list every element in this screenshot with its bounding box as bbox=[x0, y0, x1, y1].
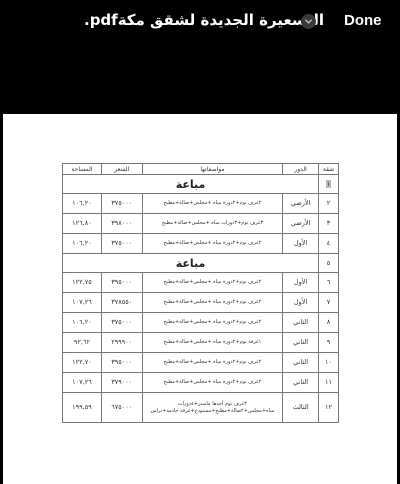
floor-cell: الثاني bbox=[283, 313, 319, 333]
pricing-table: شقة الدور مواصفاتها السعر المساحة ١ مباع… bbox=[62, 163, 339, 423]
table-row: ٩ الثاني ١غرفة نوم+٢دورة مياه +مجلس+صالة… bbox=[63, 333, 339, 353]
price-cell: ٣٩٥٠٠٠ bbox=[101, 353, 142, 373]
pdf-page[interactable]: شقة الدور مواصفاتها السعر المساحة ١ مباع… bbox=[3, 114, 397, 484]
spec-cell: ٢غرف نوم+٢دورة مياه +مجلس+صالة+مطبخ bbox=[142, 194, 283, 214]
area-cell: ١٢٢,٧٥ bbox=[63, 273, 102, 293]
col-floor: الدور bbox=[283, 164, 319, 175]
spec-cell: ٢غرف نوم+٢دورة مياه +مجلس+صالة+مطبخ bbox=[142, 293, 283, 313]
unit-cell: ٦ bbox=[319, 273, 339, 293]
area-cell: ١٠٧,٢٦ bbox=[63, 293, 102, 313]
spec-cell: ٢غرف نوم+٢دورة مياه +مجلس+صالة+مطبخ bbox=[142, 373, 283, 393]
floor-cell: الثاني bbox=[283, 373, 319, 393]
price-cell: ٢٩٩٩٠٠ bbox=[101, 333, 142, 353]
price-cell: ٣٧٥٠٠٠ bbox=[101, 194, 142, 214]
col-unit: شقة bbox=[319, 164, 339, 175]
floor-cell: الثالث bbox=[283, 393, 319, 423]
table-header-row: شقة الدور مواصفاتها السعر المساحة bbox=[63, 164, 339, 175]
done-button[interactable]: Done bbox=[344, 12, 382, 29]
unit-cell: ٢ bbox=[319, 194, 339, 214]
unit-cell: ٣ bbox=[319, 214, 339, 234]
spec-cell: ٢غرف نوم+٢دورة مياه +مجلس+صالة+مطبخ bbox=[142, 234, 283, 254]
unit-cell: ٥ bbox=[319, 254, 339, 273]
col-area: المساحة bbox=[63, 164, 102, 175]
area-cell: ٩٢,٦٢ bbox=[63, 333, 102, 353]
viewer-toolbar: .pdfالتسعيرة الجديدة لشقق مكة Done bbox=[0, 0, 400, 114]
table-row: ١٢ الثالث ٣غرف نوم أحدها ماستر+٤دورات مي… bbox=[63, 393, 339, 423]
price-cell: ٣٧٥٠٠٠ bbox=[101, 313, 142, 333]
unit-cell: ١٠ bbox=[319, 353, 339, 373]
spec-cell: ٢غرف نوم+٢دورة مياه +مجلس+صالة+مطبخ bbox=[142, 353, 283, 373]
unit-cell: ٧ bbox=[319, 293, 339, 313]
table-row: ٥ مباعة bbox=[63, 254, 339, 273]
area-cell: ١٢٢,٧٠ bbox=[63, 353, 102, 373]
floor-cell: الأول bbox=[283, 273, 319, 293]
unit-cell: ١٢ bbox=[319, 393, 339, 423]
table-row: ١١ الثاني ٢غرف نوم+٢دورة مياه +مجلس+صالة… bbox=[63, 373, 339, 393]
floor-cell: الأول bbox=[283, 293, 319, 313]
price-cell: ٣٧٩٠٠٠ bbox=[101, 373, 142, 393]
table-row: ٧ الأول ٢غرف نوم+٢دورة مياه +مجلس+صالة+م… bbox=[63, 293, 339, 313]
table-row: ٢ الأرضي ٢غرف نوم+٢دورة مياه +مجلس+صالة+… bbox=[63, 194, 339, 214]
table-row: ٤ الأول ٢غرف نوم+٢دورة مياه +مجلس+صالة+م… bbox=[63, 234, 339, 254]
floor-cell: الأرضي bbox=[283, 194, 319, 214]
table-row: ٦ الأول ٢غرف نوم+٢دورة مياه +مجلس+صالة+م… bbox=[63, 273, 339, 293]
spec-cell: ٣غرف نوم أحدها ماستر+٤دورات مياه+مجلس+٢ص… bbox=[142, 393, 283, 423]
table-row: ٣ الأرضي ٣غرف نوم+٣دورات مياه +مجلس+صالة… bbox=[63, 214, 339, 234]
unit-cell: ١ bbox=[319, 175, 339, 194]
area-cell: ١٩٩,٥٩ bbox=[63, 393, 102, 423]
unit-cell: ٩ bbox=[319, 333, 339, 353]
unit-cell: ١١ bbox=[319, 373, 339, 393]
table-row: ١٠ الثاني ٢غرف نوم+٢دورة مياه +مجلس+صالة… bbox=[63, 353, 339, 373]
area-cell: ١٠٧,٢٦ bbox=[63, 373, 102, 393]
table-row: ٨ الثاني ٢غرف نوم+٢دورة مياه +مجلس+صالة+… bbox=[63, 313, 339, 333]
col-price: السعر bbox=[101, 164, 142, 175]
sold-banner: مباعة bbox=[63, 254, 319, 273]
price-cell: ٦٧٥٠٠٠ bbox=[101, 393, 142, 423]
spec-cell: ١غرفة نوم+٢دورة مياه +مجلس+صالة+مطبخ bbox=[142, 333, 283, 353]
table-row: ١ مباعة bbox=[63, 175, 339, 194]
price-cell: ٣٧٨٥٥٠ bbox=[101, 293, 142, 313]
unit-cell: ٤ bbox=[319, 234, 339, 254]
price-cell: ٣٧٥٠٠٠ bbox=[101, 234, 142, 254]
floor-cell: الأول bbox=[283, 234, 319, 254]
spec-cell: ٢غرف نوم+٢دورة مياه +مجلس+صالة+مطبخ bbox=[142, 313, 283, 333]
spec-cell: ٢غرف نوم+٢دورة مياه +مجلس+صالة+مطبخ bbox=[142, 273, 283, 293]
floor-cell: الأرضي bbox=[283, 214, 319, 234]
price-cell: ٣٩٥٠٠٠ bbox=[101, 273, 142, 293]
col-specs: مواصفاتها bbox=[142, 164, 283, 175]
area-cell: ١٠٦,٢٠ bbox=[63, 194, 102, 214]
area-cell: ١٠٦,٢٠ bbox=[63, 313, 102, 333]
sold-banner: مباعة bbox=[63, 175, 319, 194]
floor-cell: الثاني bbox=[283, 333, 319, 353]
price-cell: ٣٩٨٠٠٠ bbox=[101, 214, 142, 234]
chevron-down-icon[interactable] bbox=[301, 14, 316, 29]
spec-cell: ٣غرف نوم+٣دورات مياه +مجلس+صالة+مطبخ bbox=[142, 214, 283, 234]
document-title[interactable]: .pdfالتسعيرة الجديدة لشقق مكة bbox=[84, 11, 324, 29]
area-cell: ١٠٦,٢٠ bbox=[63, 234, 102, 254]
unit-cell: ٨ bbox=[319, 313, 339, 333]
area-cell: ١٢٦,٨٠ bbox=[63, 214, 102, 234]
floor-cell: الثاني bbox=[283, 353, 319, 373]
